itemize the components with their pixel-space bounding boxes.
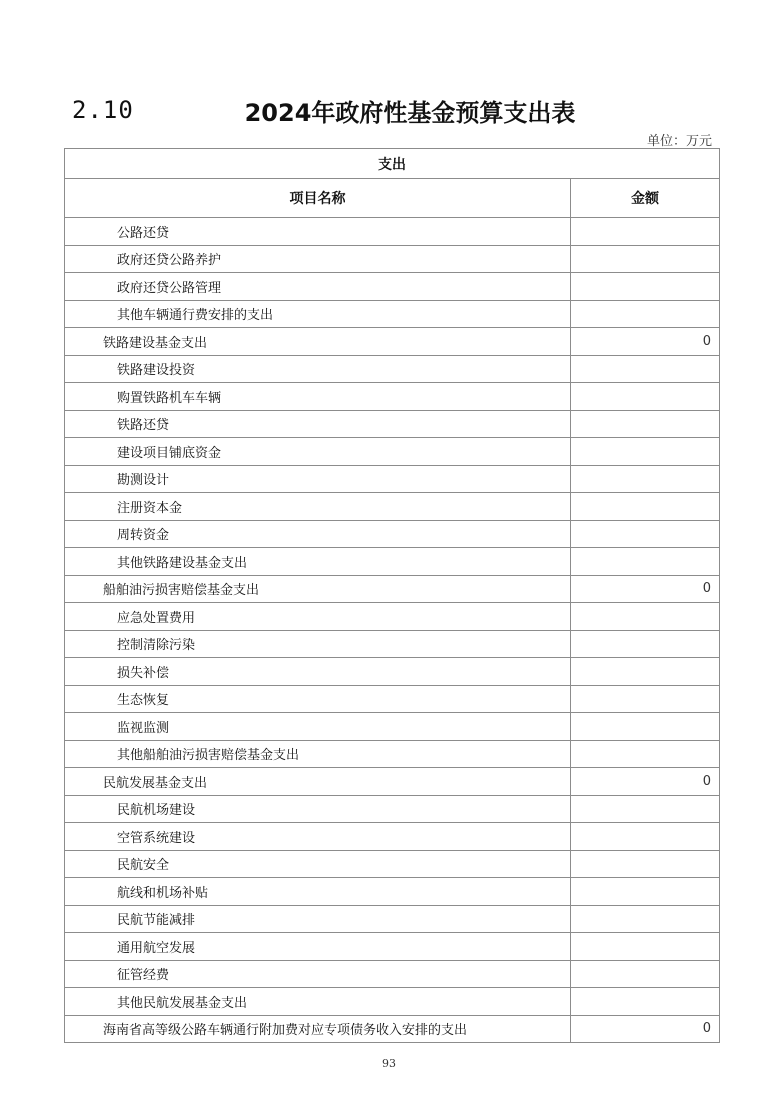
- table-row: 空管系统建设: [65, 823, 720, 851]
- column-header-name: 项目名称: [65, 179, 571, 218]
- item-amount: [571, 410, 720, 438]
- item-amount: [571, 520, 720, 548]
- item-name: 周转资金: [65, 520, 571, 548]
- item-name: 铁路建设投资: [65, 355, 571, 383]
- item-amount: [571, 273, 720, 301]
- item-name: 航线和机场补贴: [65, 878, 571, 906]
- group-header: 支出: [65, 149, 720, 179]
- item-name: 建设项目铺底资金: [65, 438, 571, 466]
- table-row-category: 铁路建设基金支出0: [65, 328, 720, 356]
- item-amount: 0: [571, 575, 720, 603]
- item-name: 征管经费: [65, 960, 571, 988]
- budget-table: 支出 项目名称 金额 公路还贷政府还贷公路养护政府还贷公路管理其他车辆通行费安排…: [64, 148, 720, 1043]
- item-name: 控制清除污染: [65, 630, 571, 658]
- item-name: 其他车辆通行费安排的支出: [65, 300, 571, 328]
- item-name: 民航机场建设: [65, 795, 571, 823]
- item-amount: [571, 630, 720, 658]
- item-name: 铁路建设基金支出: [65, 328, 571, 356]
- item-amount: [571, 740, 720, 768]
- item-amount: [571, 795, 720, 823]
- table-row: 其他船舶油污损害赔偿基金支出: [65, 740, 720, 768]
- table-row-category: 民航发展基金支出0: [65, 768, 720, 796]
- item-amount: [571, 493, 720, 521]
- item-name: 民航安全: [65, 850, 571, 878]
- item-name: 其他船舶油污损害赔偿基金支出: [65, 740, 571, 768]
- item-name: 通用航空发展: [65, 933, 571, 961]
- table-row: 控制清除污染: [65, 630, 720, 658]
- item-amount: [571, 823, 720, 851]
- item-amount: [571, 905, 720, 933]
- table-row: 监视监测: [65, 713, 720, 741]
- table-row: 政府还贷公路管理: [65, 273, 720, 301]
- table-row: 其他民航发展基金支出: [65, 988, 720, 1016]
- item-amount: 0: [571, 1015, 720, 1043]
- item-amount: [571, 355, 720, 383]
- item-name: 勘测设计: [65, 465, 571, 493]
- item-name: 其他铁路建设基金支出: [65, 548, 571, 576]
- item-name: 政府还贷公路管理: [65, 273, 571, 301]
- item-amount: 0: [571, 328, 720, 356]
- item-amount: [571, 658, 720, 686]
- table-row: 建设项目铺底资金: [65, 438, 720, 466]
- table-row: 周转资金: [65, 520, 720, 548]
- table-row-category: 海南省高等级公路车辆通行附加费对应专项债务收入安排的支出0: [65, 1015, 720, 1043]
- table-row-category: 船舶油污损害赔偿基金支出0: [65, 575, 720, 603]
- table-row: 公路还贷: [65, 218, 720, 246]
- page-number: 93: [0, 1057, 778, 1070]
- item-amount: [571, 245, 720, 273]
- item-amount: [571, 603, 720, 631]
- page-title: 2024年政府性基金预算支出表: [240, 93, 580, 128]
- section-number: 2.10: [72, 96, 134, 124]
- item-name: 其他民航发展基金支出: [65, 988, 571, 1016]
- item-name: 海南省高等级公路车辆通行附加费对应专项债务收入安排的支出: [65, 1015, 571, 1043]
- group-header-row: 支出: [65, 149, 720, 179]
- item-name: 应急处置费用: [65, 603, 571, 631]
- column-header-row: 项目名称 金额: [65, 179, 720, 218]
- item-name: 生态恢复: [65, 685, 571, 713]
- table-row: 勘测设计: [65, 465, 720, 493]
- table-row: 征管经费: [65, 960, 720, 988]
- item-name: 购置铁路机车车辆: [65, 383, 571, 411]
- item-amount: [571, 850, 720, 878]
- item-name: 损失补偿: [65, 658, 571, 686]
- table-row: 民航机场建设: [65, 795, 720, 823]
- unit-label: 单位：万元: [647, 130, 712, 149]
- item-amount: [571, 383, 720, 411]
- table-row: 民航节能减排: [65, 905, 720, 933]
- item-name: 监视监测: [65, 713, 571, 741]
- item-name: 船舶油污损害赔偿基金支出: [65, 575, 571, 603]
- table-row: 航线和机场补贴: [65, 878, 720, 906]
- item-name: 政府还贷公路养护: [65, 245, 571, 273]
- item-name: 铁路还贷: [65, 410, 571, 438]
- table-row: 政府还贷公路养护: [65, 245, 720, 273]
- item-amount: [571, 465, 720, 493]
- item-name: 注册资本金: [65, 493, 571, 521]
- table-row: 铁路建设投资: [65, 355, 720, 383]
- item-amount: [571, 548, 720, 576]
- item-amount: [571, 218, 720, 246]
- item-amount: [571, 988, 720, 1016]
- table-row: 民航安全: [65, 850, 720, 878]
- table-row: 应急处置费用: [65, 603, 720, 631]
- table-row: 生态恢复: [65, 685, 720, 713]
- table-row: 其他铁路建设基金支出: [65, 548, 720, 576]
- item-name: 民航发展基金支出: [65, 768, 571, 796]
- table-row: 通用航空发展: [65, 933, 720, 961]
- table-row: 铁路还贷: [65, 410, 720, 438]
- item-amount: 0: [571, 768, 720, 796]
- item-name: 空管系统建设: [65, 823, 571, 851]
- column-header-amount: 金额: [571, 179, 720, 218]
- item-amount: [571, 685, 720, 713]
- item-name: 民航节能减排: [65, 905, 571, 933]
- item-amount: [571, 933, 720, 961]
- item-name: 公路还贷: [65, 218, 571, 246]
- item-amount: [571, 878, 720, 906]
- item-amount: [571, 300, 720, 328]
- item-amount: [571, 960, 720, 988]
- item-amount: [571, 713, 720, 741]
- table-row: 注册资本金: [65, 493, 720, 521]
- item-amount: [571, 438, 720, 466]
- table-row: 其他车辆通行费安排的支出: [65, 300, 720, 328]
- table-row: 购置铁路机车车辆: [65, 383, 720, 411]
- table-row: 损失补偿: [65, 658, 720, 686]
